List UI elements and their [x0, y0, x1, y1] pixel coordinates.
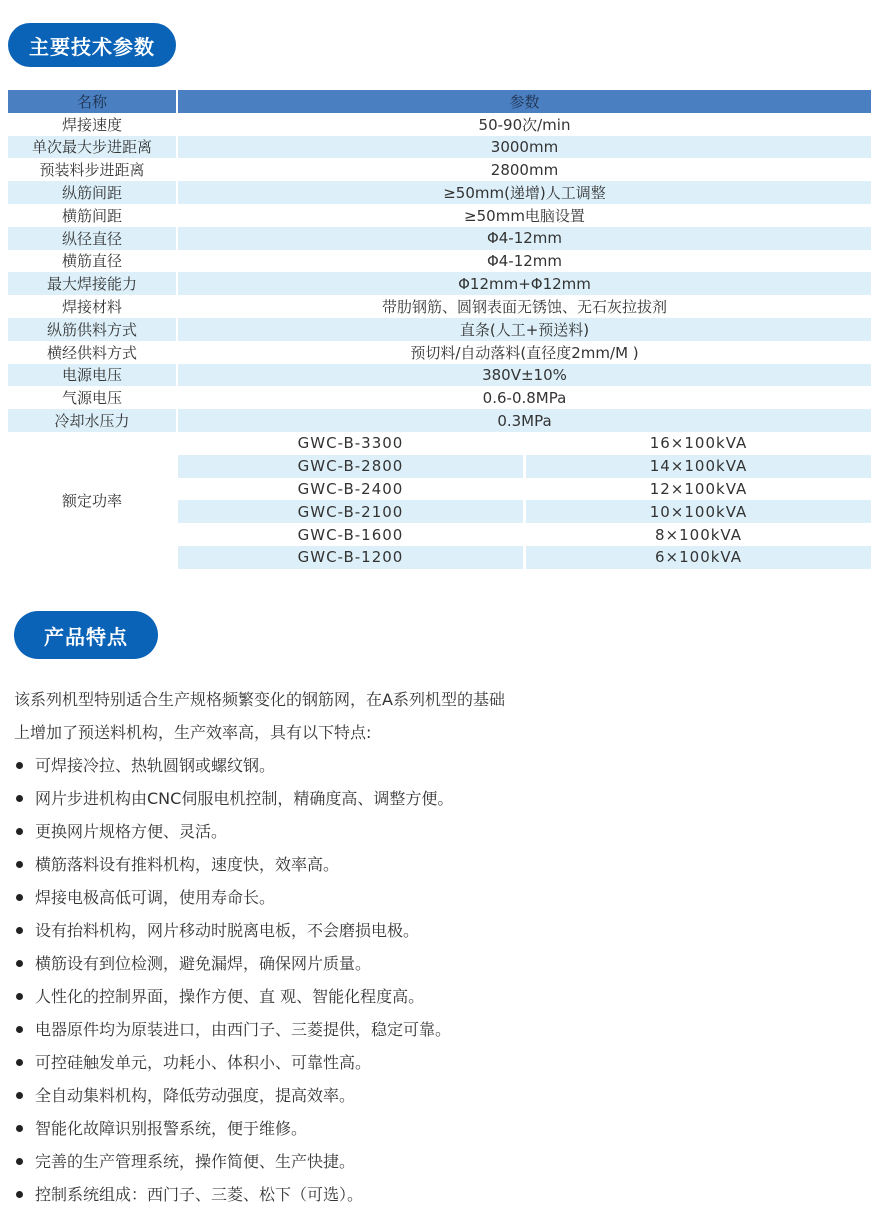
table-row: 纵筋间距≥50mm(递增)人工调整: [8, 181, 871, 204]
table-row: 横筋直径Φ4-12mm: [8, 250, 871, 273]
param-value: Φ4-12mm: [178, 227, 871, 250]
header-name: 名称: [8, 90, 176, 113]
feature-text: 网片步进机构由CNC伺服电机控制，精确度高、调整方便。: [35, 782, 453, 815]
model-power: 14×100kVA: [526, 455, 871, 478]
model-name: GWC-B-1200: [178, 546, 523, 569]
power-row: GWC-B-12006×100kVA: [178, 546, 871, 569]
bullet-icon: [16, 795, 23, 802]
bullet-icon: [16, 1191, 23, 1198]
list-item: 更换网片规格方便、灵活。: [14, 815, 874, 848]
power-row: GWC-B-280014×100kVA: [178, 455, 871, 478]
list-item: 焊接电极高低可调，使用寿命长。: [14, 881, 874, 914]
model-name: GWC-B-3300: [178, 432, 523, 455]
param-value: 带肋钢筋、圆钢表面无锈蚀、无石灰拉拔剂: [178, 295, 871, 318]
bullet-icon: [16, 1125, 23, 1132]
param-name: 纵筋间距: [8, 181, 176, 204]
model-name: GWC-B-2100: [178, 500, 523, 523]
features-intro: 该系列机型特别适合生产规格频繁变化的钢筋网，在A系列机型的基础 上增加了预送料机…: [14, 683, 874, 749]
bullet-icon: [16, 861, 23, 868]
param-value: 50-90次/min: [178, 113, 871, 136]
table-row: 横筋间距≥50mm电脑设置: [8, 204, 871, 227]
bullet-icon: [16, 828, 23, 835]
model-name: GWC-B-2400: [178, 478, 523, 501]
param-value: 380V±10%: [178, 364, 871, 387]
spec-table: 名称 参数 焊接速度50-90次/min单次最大步进距离3000mm预装料步进距…: [8, 90, 871, 569]
bullet-icon: [16, 894, 23, 901]
model-name: GWC-B-1600: [178, 523, 523, 546]
bullet-icon: [16, 927, 23, 934]
feature-list: 可焊接冷拉、热轨圆钢或螺纹钢。网片步进机构由CNC伺服电机控制，精确度高、调整方…: [14, 749, 874, 1211]
param-value: 0.6-0.8MPa: [178, 386, 871, 409]
list-item: 人性化的控制界面，操作方便、直 观、智能化程度高。: [14, 980, 874, 1013]
param-value: 预切料/自动落料(直径度2mm/M ): [178, 341, 871, 364]
table-row: 纵径直径Φ4-12mm: [8, 227, 871, 250]
intro-line-1: 该系列机型特别适合生产规格频繁变化的钢筋网，在A系列机型的基础: [14, 683, 874, 716]
model-power: 6×100kVA: [526, 546, 871, 569]
bullet-icon: [16, 1092, 23, 1099]
table-row: 横经供料方式预切料/自动落料(直径度2mm/M ): [8, 341, 871, 364]
feature-text: 横筋设有到位检测，避免漏焊，确保网片质量。: [35, 947, 371, 980]
list-item: 横筋落料设有推料机构，速度快，效率高。: [14, 848, 874, 881]
table-row: 单次最大步进距离3000mm: [8, 136, 871, 159]
param-name: 冷却水压力: [8, 409, 176, 432]
header-value: 参数: [178, 90, 871, 113]
feature-text: 可控硅触发单元，功耗小、体积小、可靠性高。: [35, 1046, 371, 1079]
specs-section-title: 主要技术参数: [8, 23, 176, 67]
param-value: 0.3MPa: [178, 409, 871, 432]
power-row: GWC-B-240012×100kVA: [178, 478, 871, 501]
bullet-icon: [16, 960, 23, 967]
feature-text: 完善的生产管理系统，操作简便、生产快捷。: [35, 1145, 355, 1178]
list-item: 完善的生产管理系统，操作简便、生产快捷。: [14, 1145, 874, 1178]
table-row: 气源电压0.6-0.8MPa: [8, 386, 871, 409]
bullet-icon: [16, 993, 23, 1000]
table-header-row: 名称 参数: [8, 90, 871, 113]
feature-text: 控制系统组成：西门子、三菱、松下（可选）。: [35, 1178, 363, 1211]
model-name: GWC-B-2800: [178, 455, 523, 478]
param-name: 预装料步进距离: [8, 158, 176, 181]
list-item: 网片步进机构由CNC伺服电机控制，精确度高、调整方便。: [14, 782, 874, 815]
bullet-icon: [16, 1059, 23, 1066]
feature-text: 电器原件均为原装进口，由西门子、三菱提供，稳定可靠。: [35, 1013, 451, 1046]
table-row: 最大焊接能力Φ12mm+Φ12mm: [8, 272, 871, 295]
param-value: 2800mm: [178, 158, 871, 181]
param-name: 单次最大步进距离: [8, 136, 176, 159]
rated-power-block: 额定功率 GWC-B-330016×100kVAGWC-B-280014×100…: [8, 432, 871, 569]
table-row: 预装料步进距离2800mm: [8, 158, 871, 181]
table-row: 焊接速度50-90次/min: [8, 113, 871, 136]
bullet-icon: [16, 1026, 23, 1033]
model-power: 16×100kVA: [526, 432, 871, 455]
param-name: 横经供料方式: [8, 341, 176, 364]
rated-power-label: 额定功率: [8, 432, 176, 569]
power-row: GWC-B-16008×100kVA: [178, 523, 871, 546]
param-name: 纵径直径: [8, 227, 176, 250]
intro-line-2: 上增加了预送料机构，生产效率高，具有以下特点:: [14, 716, 874, 749]
param-name: 横筋直径: [8, 250, 176, 273]
table-row: 焊接材料带肋钢筋、圆钢表面无锈蚀、无石灰拉拔剂: [8, 295, 871, 318]
power-row: GWC-B-330016×100kVA: [178, 432, 871, 455]
param-name: 电源电压: [8, 364, 176, 387]
table-row: 冷却水压力0.3MPa: [8, 409, 871, 432]
feature-text: 焊接电极高低可调，使用寿命长。: [35, 881, 275, 914]
table-row: 纵筋供料方式直条(人工+预送料): [8, 318, 871, 341]
features-section-title: 产品特点: [14, 611, 158, 659]
param-name: 最大焊接能力: [8, 272, 176, 295]
param-value: 3000mm: [178, 136, 871, 159]
param-value: ≥50mm(递增)人工调整: [178, 181, 871, 204]
feature-text: 设有抬料机构，网片移动时脱离电板，不会磨损电极。: [35, 914, 419, 947]
power-row: GWC-B-210010×100kVA: [178, 500, 871, 523]
param-name: 焊接材料: [8, 295, 176, 318]
param-value: Φ12mm+Φ12mm: [178, 272, 871, 295]
list-item: 控制系统组成：西门子、三菱、松下（可选）。: [14, 1178, 874, 1211]
features-block: 该系列机型特别适合生产规格频繁变化的钢筋网，在A系列机型的基础 上增加了预送料机…: [14, 683, 874, 1211]
model-power: 10×100kVA: [526, 500, 871, 523]
model-power: 8×100kVA: [526, 523, 871, 546]
feature-text: 人性化的控制界面，操作方便、直 观、智能化程度高。: [35, 980, 424, 1013]
param-name: 焊接速度: [8, 113, 176, 136]
param-name: 纵筋供料方式: [8, 318, 176, 341]
feature-text: 横筋落料设有推料机构，速度快，效率高。: [35, 848, 339, 881]
list-item: 可焊接冷拉、热轨圆钢或螺纹钢。: [14, 749, 874, 782]
feature-text: 智能化故障识别报警系统，便于维修。: [35, 1112, 307, 1145]
list-item: 智能化故障识别报警系统，便于维修。: [14, 1112, 874, 1145]
feature-text: 更换网片规格方便、灵活。: [35, 815, 227, 848]
feature-text: 可焊接冷拉、热轨圆钢或螺纹钢。: [35, 749, 275, 782]
bullet-icon: [16, 762, 23, 769]
list-item: 电器原件均为原装进口，由西门子、三菱提供，稳定可靠。: [14, 1013, 874, 1046]
list-item: 全自动集料机构，降低劳动强度，提高效率。: [14, 1079, 874, 1112]
param-name: 横筋间距: [8, 204, 176, 227]
param-name: 气源电压: [8, 386, 176, 409]
param-value: Φ4-12mm: [178, 250, 871, 273]
list-item: 横筋设有到位检测，避免漏焊，确保网片质量。: [14, 947, 874, 980]
param-value: 直条(人工+预送料): [178, 318, 871, 341]
feature-text: 全自动集料机构，降低劳动强度，提高效率。: [35, 1079, 355, 1112]
model-power: 12×100kVA: [526, 478, 871, 501]
table-row: 电源电压380V±10%: [8, 364, 871, 387]
bullet-icon: [16, 1158, 23, 1165]
param-value: ≥50mm电脑设置: [178, 204, 871, 227]
list-item: 设有抬料机构，网片移动时脱离电板，不会磨损电极。: [14, 914, 874, 947]
list-item: 可控硅触发单元，功耗小、体积小、可靠性高。: [14, 1046, 874, 1079]
